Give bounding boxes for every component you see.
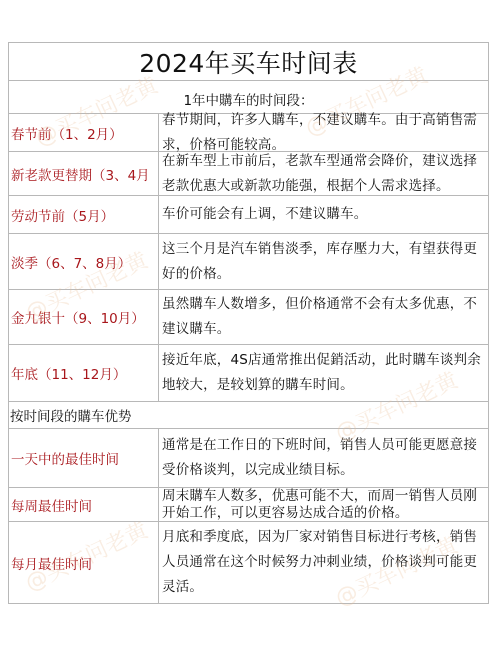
advantage-description: 月底和季度底，因为厂家对销售目标进行考核，销售人员通常在这个时候努力冲刺业绩，价…: [159, 522, 488, 603]
table-row: 劳动节前（5月） 车价可能会有上调，不建议購车。: [9, 196, 488, 234]
table-row: 新老款更替期（3、4月 在新车型上市前后，老款车型通常会降价，建议选择老款优惠大…: [9, 152, 488, 196]
period-label: 新老款更替期（3、4月: [9, 152, 159, 195]
advantage-description: 周末購车人数多，优惠可能不大，而周一销售人员刚开始工作，可以更容易达成合适的价格…: [159, 488, 488, 521]
table-row: 每月最佳时间 月底和季度底，因为厂家对销售目标进行考核，销售人员通常在这个时候努…: [9, 522, 488, 604]
period-description: 在新车型上市前后，老款车型通常会降价，建议选择老款优惠大或新款功能强，根据个人需…: [159, 152, 488, 195]
table-row: 春节前（1、2月） 春节期间，许多人購车，不建议購车。由于高销售需求，价格可能较…: [9, 114, 488, 152]
period-description: 接近年底，4S店通常推出促銷活动，此时購车谈判余地较大，是较划算的購车时间。: [159, 345, 488, 401]
period-label: 年底（11、12月）: [9, 345, 159, 401]
period-description: 车价可能会有上调，不建议購车。: [159, 196, 488, 233]
table-row: 年底（11、12月） 接近年底，4S店通常推出促銷活动，此时購车谈判余地较大，是…: [9, 345, 488, 402]
period-label: 春节前（1、2月）: [9, 114, 159, 151]
buying-schedule-table: 2024年买车时间表 1年中購车的时间段： 春节前（1、2月） 春节期间，许多人…: [8, 42, 489, 604]
advantage-label: 每周最佳时间: [9, 488, 159, 521]
period-description: 这三个月是汽车销售淡季，库存壓力大，有望获得更好的价格。: [159, 234, 488, 289]
table-row: 一天中的最佳时间 通常是在工作日的下班时间，销售人员可能更愿意接受价格谈判，以完…: [9, 429, 488, 488]
table-row: 每周最佳时间 周末購车人数多，优惠可能不大，而周一销售人员刚开始工作，可以更容易…: [9, 488, 488, 522]
period-description: 春节期间，许多人購车，不建议購车。由于高销售需求，价格可能较高。: [159, 114, 488, 151]
advantage-description: 通常是在工作日的下班时间，销售人员可能更愿意接受价格谈判，以完成业绩目标。: [159, 429, 488, 487]
period-label: 金九银十（9、10月）: [9, 290, 159, 344]
table-row: 淡季（6、7、8月） 这三个月是汽车销售淡季，库存壓力大，有望获得更好的价格。: [9, 234, 488, 290]
period-description: 虽然購车人数增多，但价格通常不会有太多优惠，不建议購车。: [159, 290, 488, 344]
period-label: 淡季（6、7、8月）: [9, 234, 159, 289]
period-label: 劳动节前（5月）: [9, 196, 159, 233]
advantage-label: 每月最佳时间: [9, 522, 159, 603]
table-row: 金九银十（9、10月） 虽然購车人数增多，但价格通常不会有太多优惠，不建议購车。: [9, 290, 488, 345]
advantage-label: 一天中的最佳时间: [9, 429, 159, 487]
section-title: 按时间段的購车优势: [9, 402, 488, 429]
table-title: 2024年买车时间表: [9, 43, 488, 81]
